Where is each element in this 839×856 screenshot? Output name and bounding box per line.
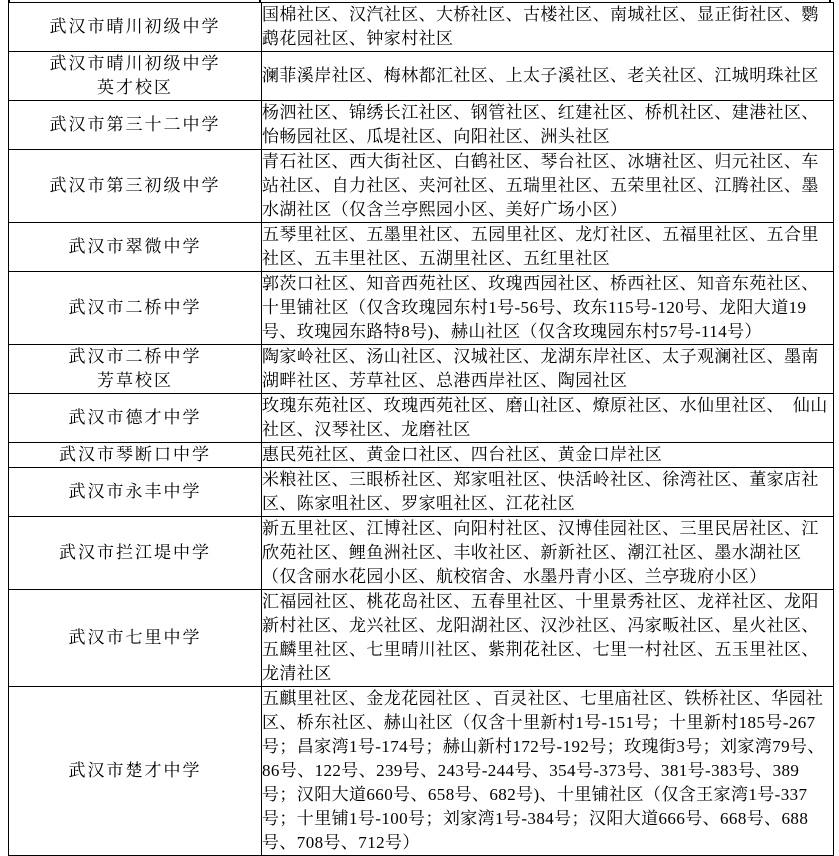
communities-cell: 惠民苑社区、黄金口社区、四台社区、黄金口岸社区 xyxy=(262,443,834,468)
document-page: 武汉市晴川初级中学国棉社区、汉汽社区、大桥社区、古楼社区、南城社区、显正街社区、… xyxy=(0,0,839,856)
communities-cell: 五麒里社区、金龙花园社区 、百灵社区、七里庙社区、铁桥社区、华园社区、桥东社区、… xyxy=(262,687,834,856)
communities-cell: 米粮社区、三眼桥社区、郑家咀社区、快活岭社区、徐湾社区、董家店社区、陈家咀社区、… xyxy=(262,468,834,517)
school-name-cell: 武汉市第三十二中学 xyxy=(9,101,262,150)
school-name-cell: 武汉市二桥中学 xyxy=(9,272,262,345)
school-name-cell: 武汉市七里中学 xyxy=(9,590,262,687)
communities-cell: 澜菲溪岸社区、梅林都汇社区、上太子溪社区、老关社区、江城明珠社区 xyxy=(262,52,834,101)
table-row: 武汉市德才中学玫瑰东苑社区、玫瑰西苑社区、磨山社区、燎原社区、水仙里社区、 仙山… xyxy=(9,394,834,443)
school-name-cell: 武汉市拦江堤中学 xyxy=(9,517,262,590)
school-name-cell: 武汉市晴川初级中学 xyxy=(9,3,262,52)
table-row: 武汉市琴断口中学惠民苑社区、黄金口社区、四台社区、黄金口岸社区 xyxy=(9,443,834,468)
communities-cell: 五琴里社区、五墨里社区、五园里社区、龙灯社区、五福里社区、五合里社区、五丰里社区… xyxy=(262,223,834,272)
communities-cell: 汇福园社区、桃花岛社区、五春里社区、十里景秀社区、龙祥社区、龙阳新村社区、龙兴社… xyxy=(262,590,834,687)
school-name-cell: 武汉市琴断口中学 xyxy=(9,443,262,468)
communities-cell: 杨泗社区、锦绣长江社区、钢管社区、红建社区、桥机社区、建港社区、怡畅园社区、瓜堤… xyxy=(262,101,834,150)
table-row: 武汉市二桥中学郭茨口社区、知音西苑社区、玫瑰西园社区、桥西社区、知音东苑社区、十… xyxy=(9,272,834,345)
table-row: 武汉市翠微中学五琴里社区、五墨里社区、五园里社区、龙灯社区、五福里社区、五合里社… xyxy=(9,223,834,272)
school-name-cell: 武汉市晴川初级中学 英才校区 xyxy=(9,52,262,101)
school-name-cell: 武汉市永丰中学 xyxy=(9,468,262,517)
school-name-cell: 武汉市德才中学 xyxy=(9,394,262,443)
table-row: 武汉市二桥中学 芳草校区陶家岭社区、汤山社区、汉城社区、龙湖东岸社区、太子观澜社… xyxy=(9,345,834,394)
table-row: 武汉市永丰中学米粮社区、三眼桥社区、郑家咀社区、快活岭社区、徐湾社区、董家店社区… xyxy=(9,468,834,517)
school-name-cell: 武汉市二桥中学 芳草校区 xyxy=(9,345,262,394)
school-name-cell: 武汉市翠微中学 xyxy=(9,223,262,272)
table-row: 武汉市晴川初级中学 英才校区澜菲溪岸社区、梅林都汇社区、上太子溪社区、老关社区、… xyxy=(9,52,834,101)
table-row: 武汉市拦江堤中学新五里社区、江博社区、向阳村社区、汉博佳园社区、三里民居社区、江… xyxy=(9,517,834,590)
table-row: 武汉市第三初级中学青石社区、西大街社区、白鹤社区、琴台社区、冰塘社区、归元社区、… xyxy=(9,150,834,223)
communities-cell: 国棉社区、汉汽社区、大桥社区、古楼社区、南城社区、显正街社区、鹦鹉花园社区、钟家… xyxy=(262,3,834,52)
communities-cell: 新五里社区、江博社区、向阳村社区、汉博佳园社区、三里民居社区、江欣苑社区、鲤鱼洲… xyxy=(262,517,834,590)
school-community-table: 武汉市晴川初级中学国棉社区、汉汽社区、大桥社区、古楼社区、南城社区、显正街社区、… xyxy=(8,2,834,856)
table-row: 武汉市第三十二中学杨泗社区、锦绣长江社区、钢管社区、红建社区、桥机社区、建港社区… xyxy=(9,101,834,150)
communities-cell: 青石社区、西大街社区、白鹤社区、琴台社区、冰塘社区、归元社区、车站社区、自力社区… xyxy=(262,150,834,223)
table-row: 武汉市七里中学汇福园社区、桃花岛社区、五春里社区、十里景秀社区、龙祥社区、龙阳新… xyxy=(9,590,834,687)
communities-cell: 玫瑰东苑社区、玫瑰西苑社区、磨山社区、燎原社区、水仙里社区、 仙山社区、汉琴社区… xyxy=(262,394,834,443)
communities-cell: 陶家岭社区、汤山社区、汉城社区、龙湖东岸社区、太子观澜社区、墨南湖畔社区、芳草社… xyxy=(262,345,834,394)
school-name-cell: 武汉市第三初级中学 xyxy=(9,150,262,223)
table-row: 武汉市楚才中学五麒里社区、金龙花园社区 、百灵社区、七里庙社区、铁桥社区、华园社… xyxy=(9,687,834,856)
communities-cell: 郭茨口社区、知音西苑社区、玫瑰西园社区、桥西社区、知音东苑社区、十里铺社区（仅含… xyxy=(262,272,834,345)
school-name-cell: 武汉市楚才中学 xyxy=(9,687,262,856)
table-row: 武汉市晴川初级中学国棉社区、汉汽社区、大桥社区、古楼社区、南城社区、显正街社区、… xyxy=(9,3,834,52)
